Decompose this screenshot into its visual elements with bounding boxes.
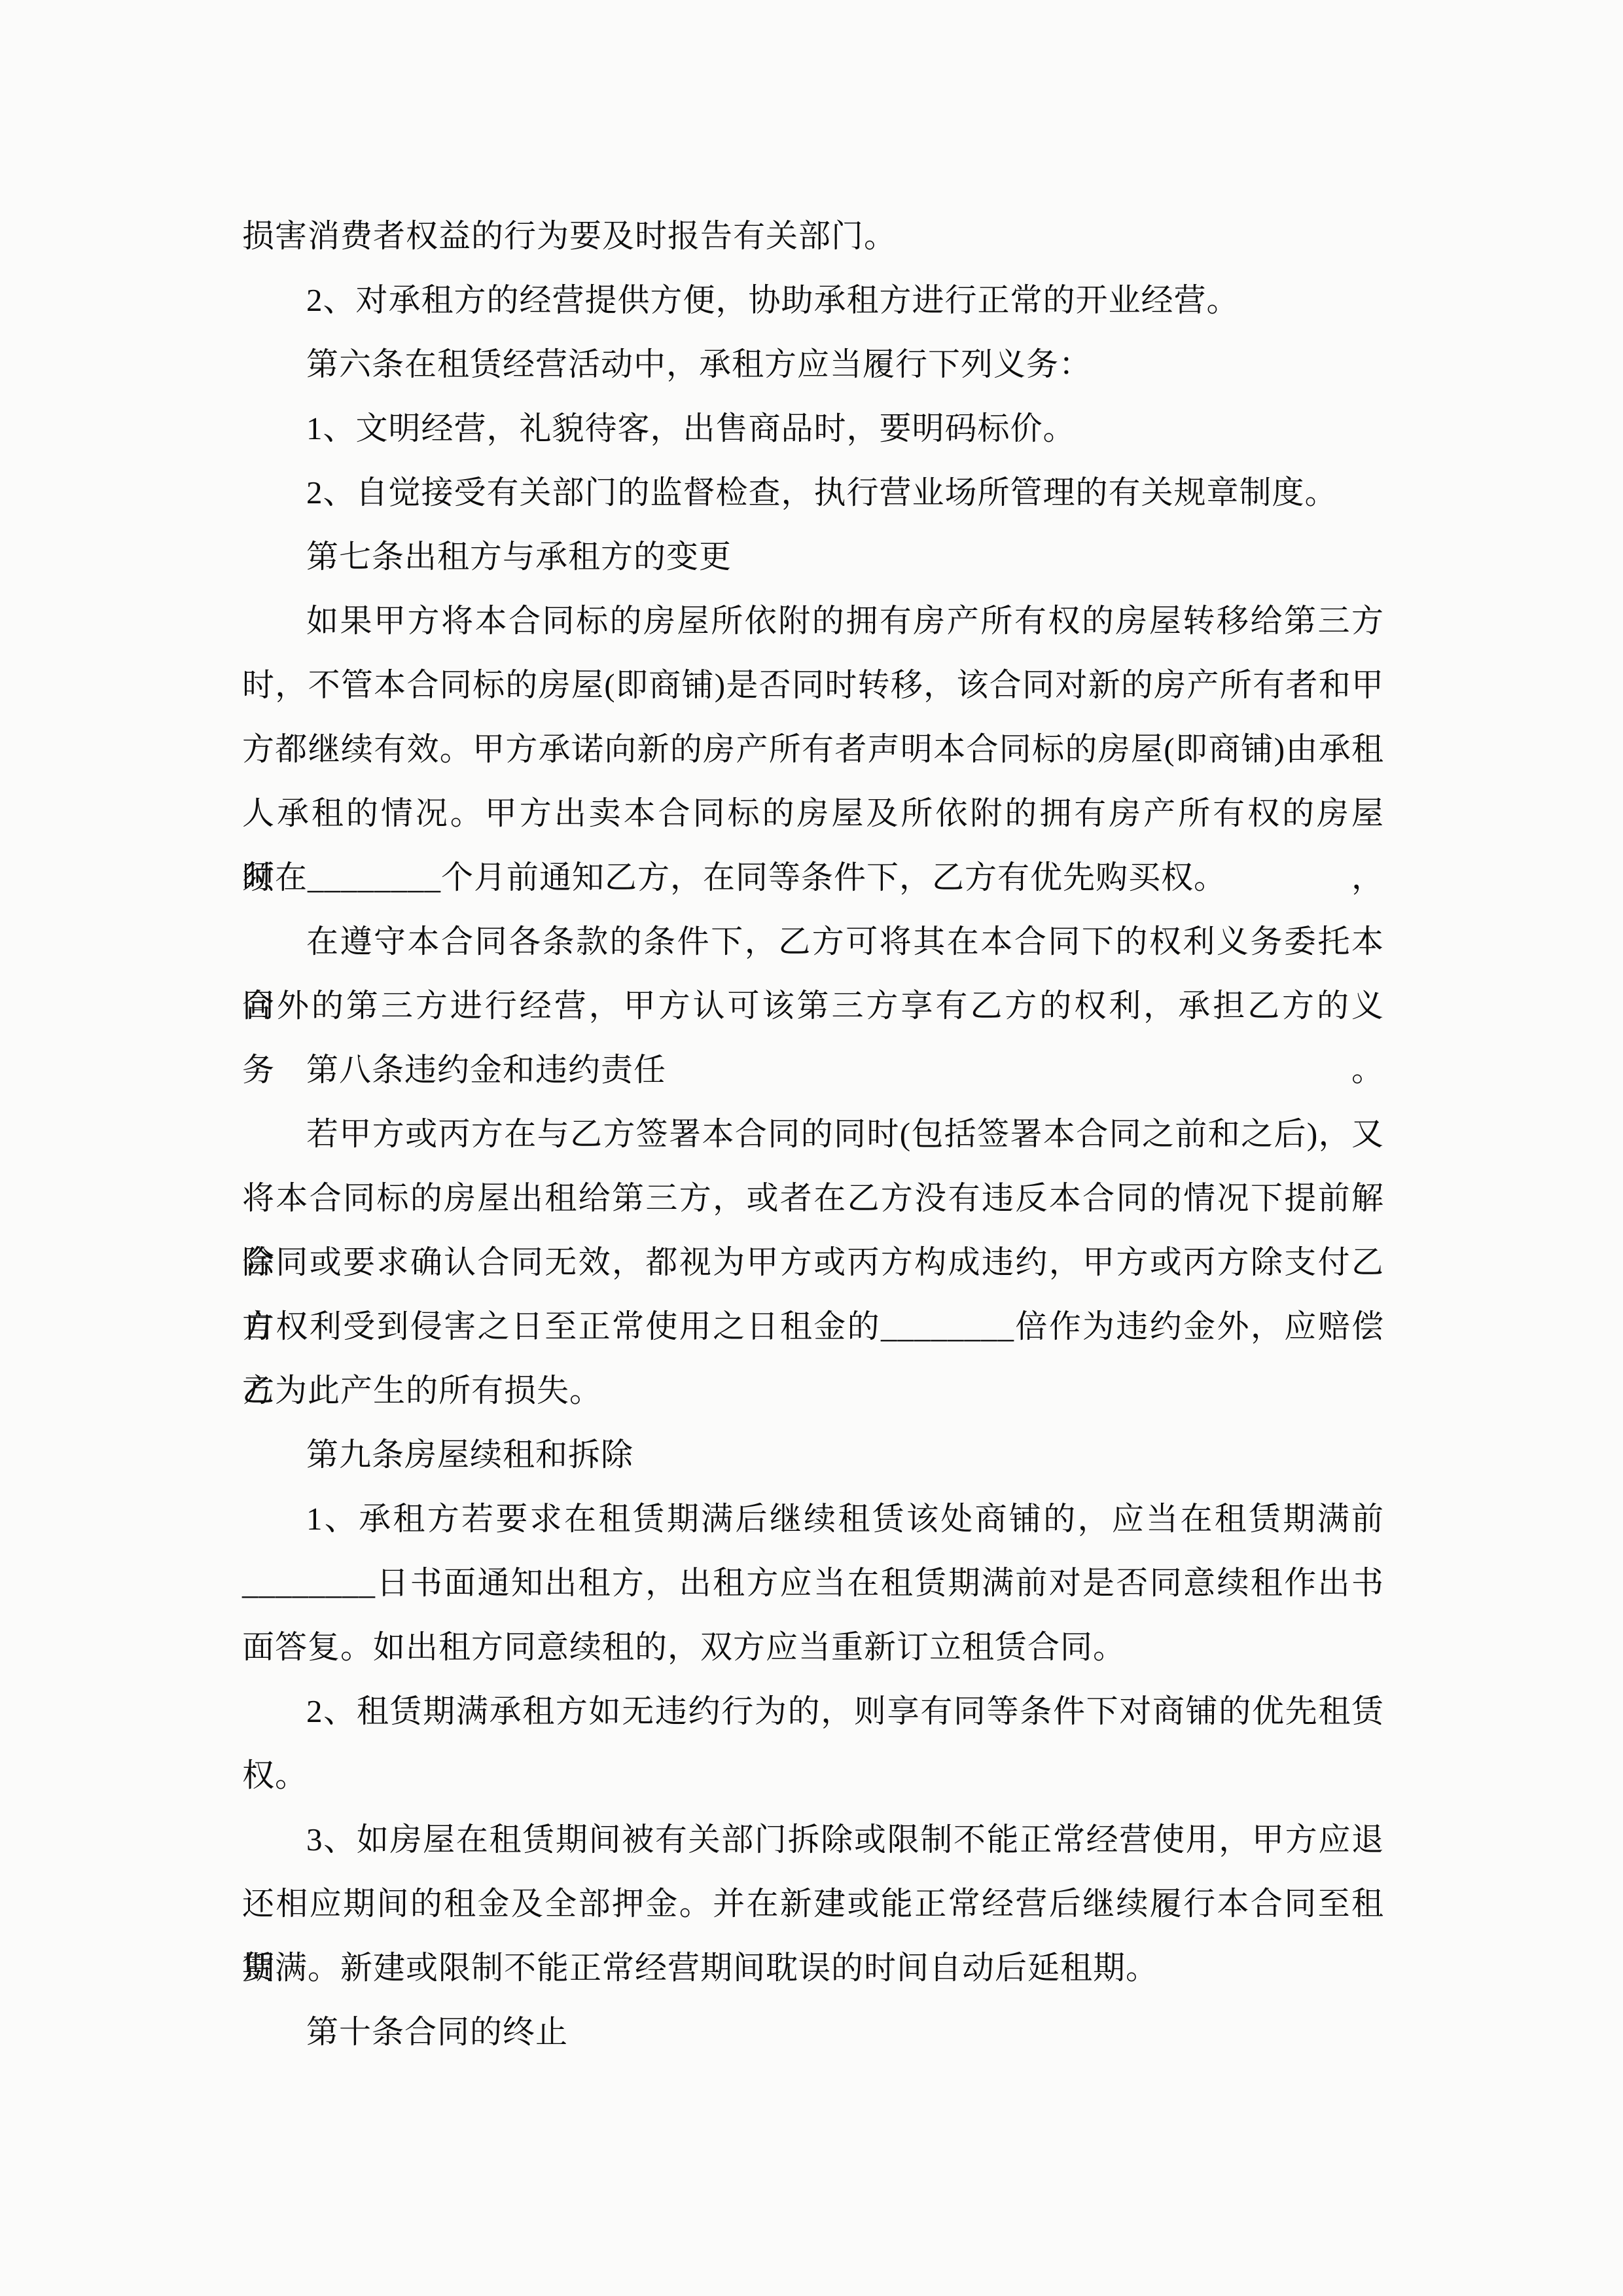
text-line: 第六条在租赁经营活动中，承租方应当履行下列义务：	[242, 332, 1384, 397]
text-line: 2、租赁期满承租方如无违约行为的，则享有同等条件下对商铺的优先租赁	[242, 1679, 1384, 1744]
text-line: 2、自觉接受有关部门的监督检查，执行营业场所管理的有关规章制度。	[242, 461, 1384, 525]
text-line: 第十条合同的终止	[242, 2000, 1384, 2064]
text-line: 将本合同标的房屋出租给第三方，或者在乙方没有违反本合同的情况下提前解除	[242, 1166, 1384, 1230]
text-line: 还相应期间的租金及全部押金。并在新建或能正常经营后继续履行本合同至租赁	[242, 1872, 1384, 1936]
text-line: 面答复。如出租方同意续租的，双方应当重新订立租赁合同。	[242, 1615, 1384, 1679]
text-line: 若甲方或丙方在与乙方签署本合同的同时(包括签署本合同之前和之后)，又	[242, 1102, 1384, 1166]
text-line: 损害消费者权益的行为要及时报告有关部门。	[242, 204, 1384, 268]
text-line: 须在________个月前通知乙方，在同等条件下，乙方有优先购买权。	[242, 846, 1384, 910]
text-line: 合同或要求确认合同无效，都视为甲方或丙方构成违约，甲方或丙方除支付乙方	[242, 1230, 1384, 1295]
text-line: 1、承租方若要求在租赁期满后继续租赁该处商铺的，应当在租赁期满前	[242, 1487, 1384, 1551]
text-line: 3、如房屋在租赁期间被有关部门拆除或限制不能正常经营使用，甲方应退	[242, 1808, 1384, 1872]
text-line: 人承租的情况。甲方出卖本合同标的房屋及所依附的拥有房产所有权的房屋时，	[242, 781, 1384, 846]
document-text-block: 损害消费者权益的行为要及时报告有关部门。 2、对承租方的经营提供方便，协助承租方…	[242, 204, 1384, 2064]
text-line: 如果甲方将本合同标的房屋所依附的拥有房产所有权的房屋转移给第三方	[242, 589, 1384, 653]
text-line: 权。	[242, 1744, 1384, 1808]
text-line: 同外的第三方进行经营，甲方认可该第三方享有乙方的权利，承担乙方的义务。	[242, 974, 1384, 1038]
contract-document-page: 损害消费者权益的行为要及时报告有关部门。 2、对承租方的经营提供方便，协助承租方…	[0, 0, 1623, 2296]
text-line: 时，不管本合同标的房屋(即商铺)是否同时转移，该合同对新的房产所有者和甲	[242, 653, 1384, 717]
text-line: 第九条房屋续租和拆除	[242, 1423, 1384, 1487]
text-line: 1、文明经营，礼貌待客，出售商品时，要明码标价。	[242, 397, 1384, 461]
text-line: 第七条出租方与承租方的变更	[242, 525, 1384, 589]
text-line: 方为此产生的所有损失。	[242, 1359, 1384, 1423]
text-line: 自权利受到侵害之日至正常使用之日租金的________倍作为违约金外，应赔偿乙	[242, 1295, 1384, 1359]
text-line: 期满。新建或限制不能正常经营期间耽误的时间自动后延租期。	[242, 1936, 1384, 2000]
text-line: 2、对承租方的经营提供方便，协助承租方进行正常的开业经营。	[242, 268, 1384, 332]
text-line: ________日书面通知出租方，出租方应当在租赁期满前对是否同意续租作出书	[242, 1551, 1384, 1615]
text-line: 在遵守本合同各条款的条件下，乙方可将其在本合同下的权利义务委托本合	[242, 910, 1384, 974]
text-line: 方都继续有效。甲方承诺向新的房产所有者声明本合同标的房屋(即商铺)由承租	[242, 717, 1384, 781]
